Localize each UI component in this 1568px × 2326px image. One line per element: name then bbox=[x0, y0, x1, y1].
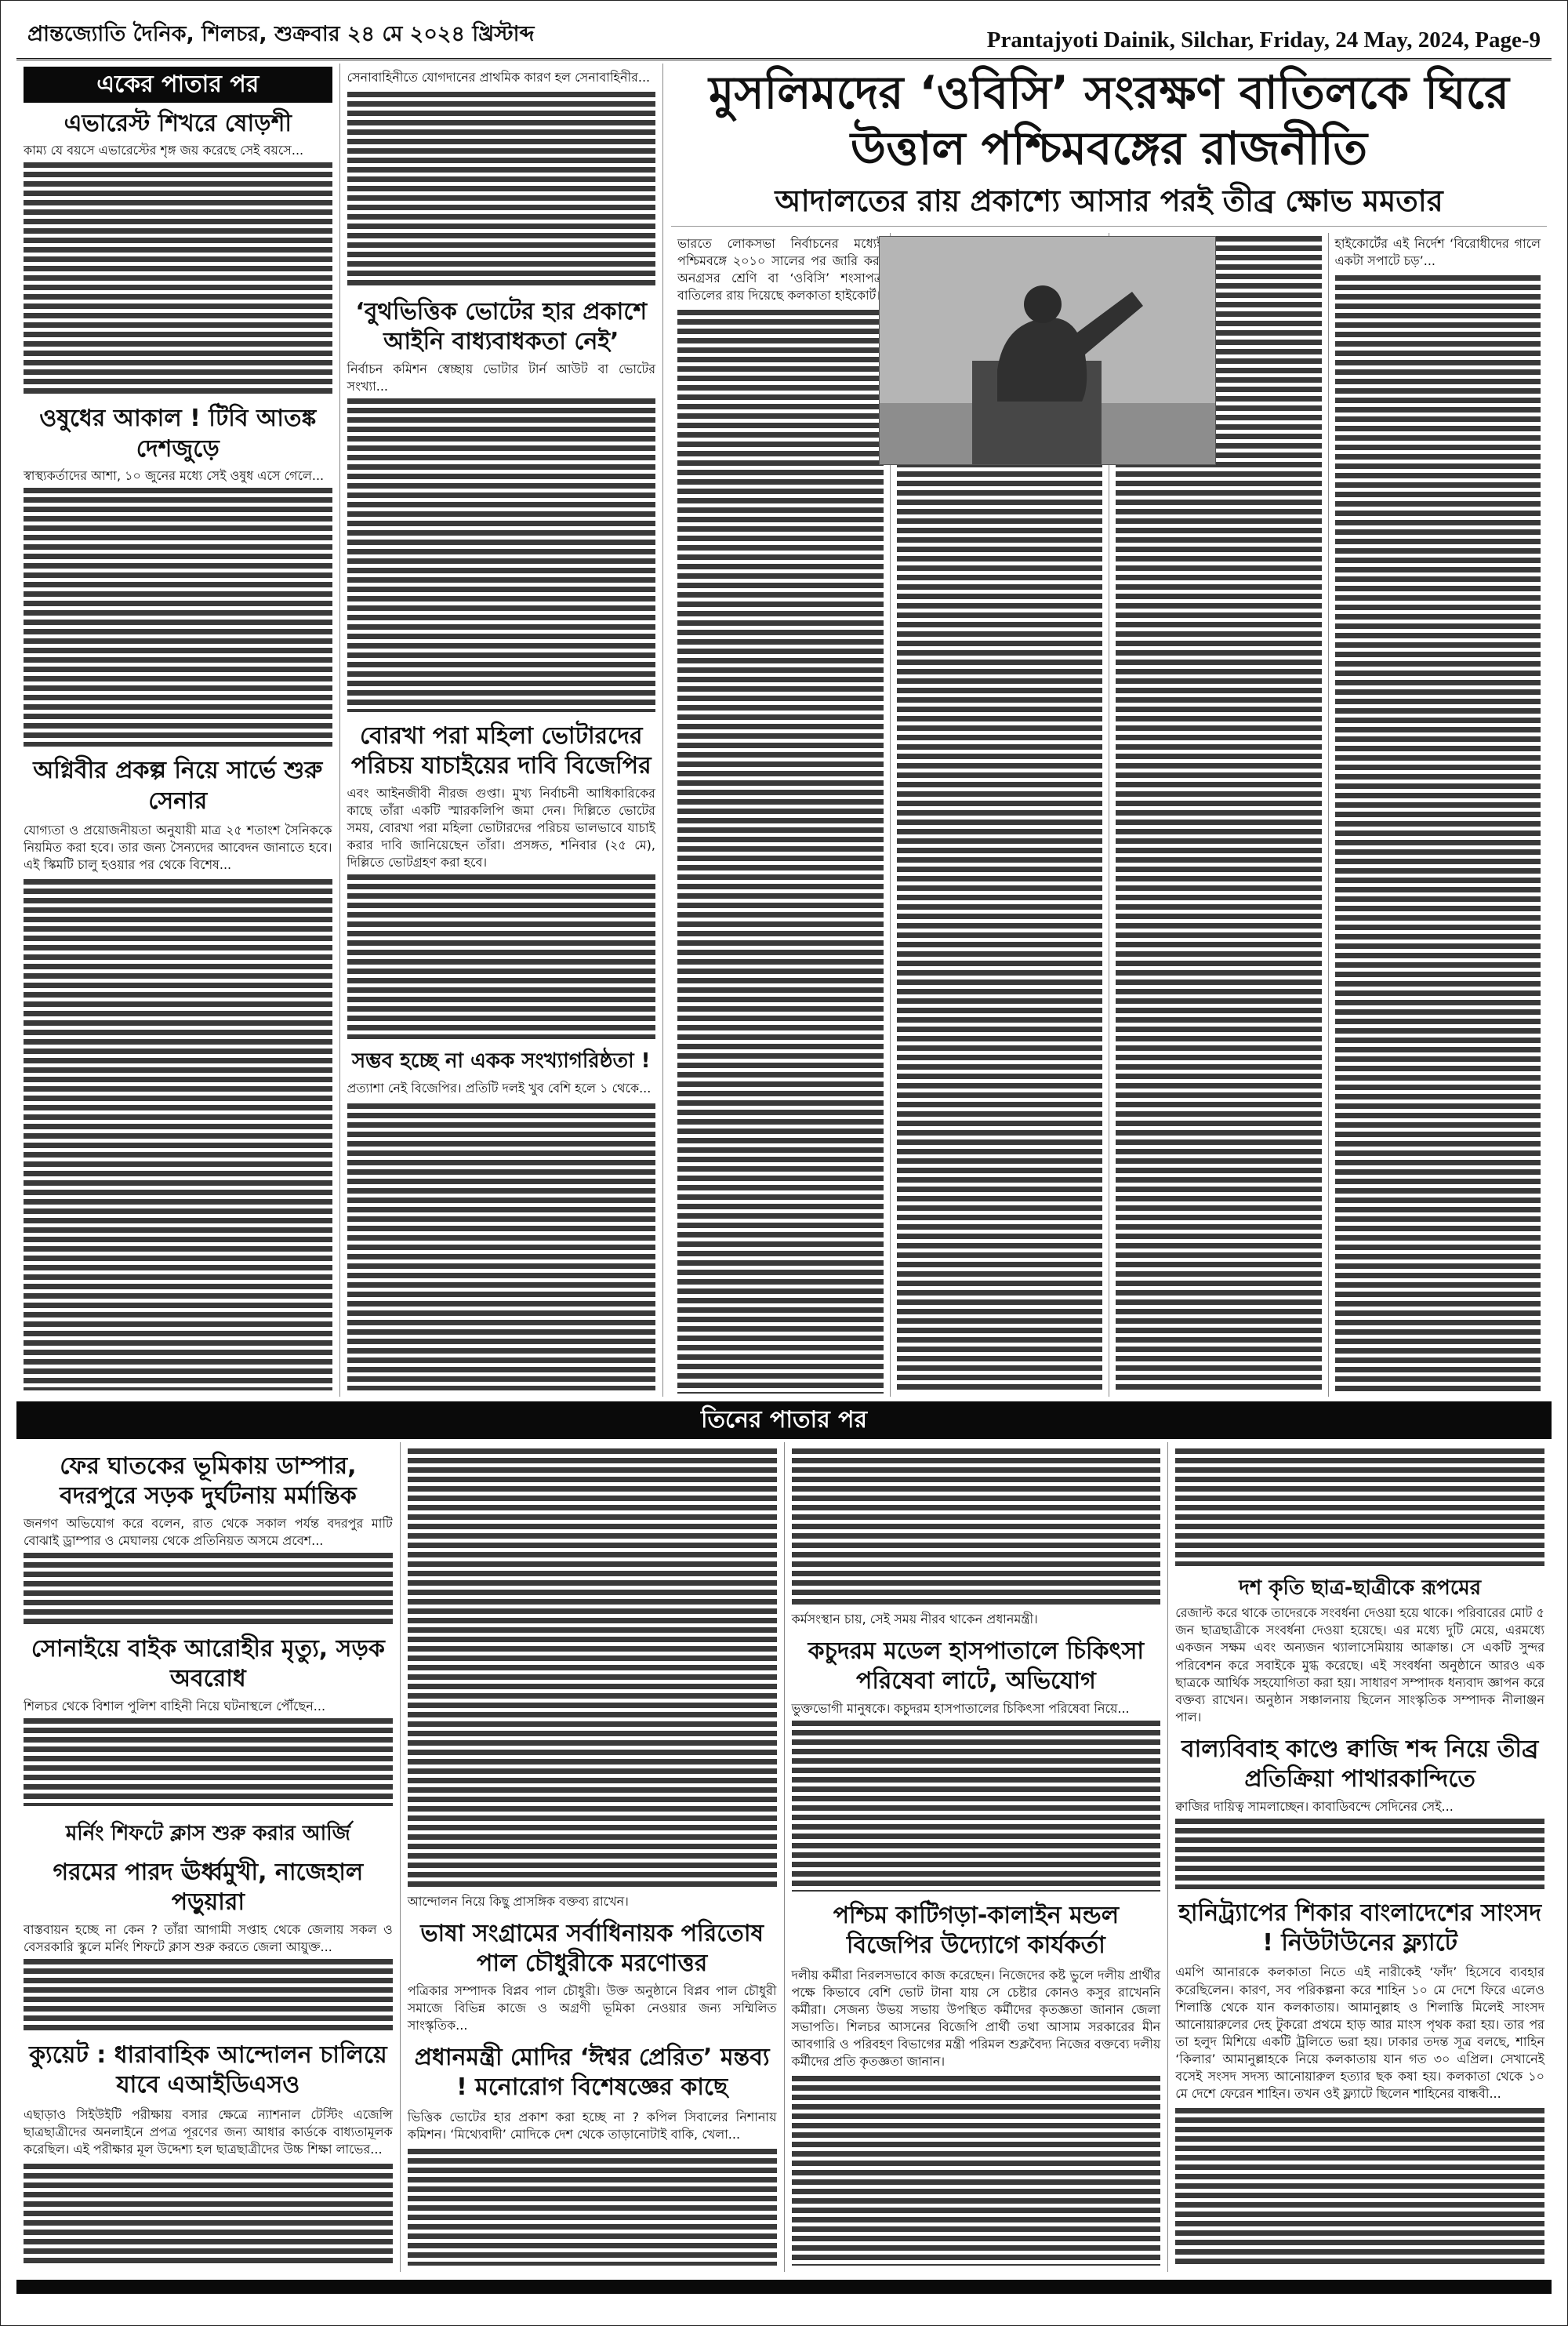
article-headline: ফের ঘাতকের ভূমিকায় ডাম্পার, বদরপুরে সড়… bbox=[24, 1452, 393, 1512]
article-body-fill bbox=[24, 1959, 393, 2031]
article-body-excerpt: বাস্তবায়ন হচ্ছে না কেন ? তাঁরা আগামী সপ… bbox=[24, 1921, 393, 1956]
speaker-photo-graphic bbox=[880, 237, 1215, 464]
article-body-fill bbox=[347, 1103, 656, 1390]
main-lead-excerpt: ভারতে লোকসভা নির্বাচনের মধ্যেই পশ্চিমবঙ্… bbox=[677, 235, 884, 304]
article-headline: হানিট্র্যাপের শিকার বাংলাদেশের সাংসদ ! ন… bbox=[1175, 1899, 1544, 1959]
main-col4-excerpt: হাইকোর্টের এই নির্দেশ ‘বিরোধীদের গালে এক… bbox=[1335, 235, 1541, 270]
article-cuet-aidso: ক্যুয়েট : ধারাবাহিক আন্দোলন চালিয়ে যাব… bbox=[24, 2034, 393, 2269]
article-agniveer-survey: অগ্নিবীর প্রকল্প নিয়ে সার্ভে শুরু সেনার… bbox=[24, 750, 332, 1394]
article-body-fill bbox=[677, 310, 884, 1394]
masthead: প্রান্তজ্যোতি দৈনিক, শিলচর, শুক্রবার ২৪ … bbox=[16, 12, 1552, 60]
bottom-column-4: দশ কৃতি ছাত্র-ছাত্রীকে রূপমের রেজাল্ট কর… bbox=[1168, 1442, 1552, 2272]
article-body-excerpt: রেজাল্ট করে থাকে তাদেরকে সংবর্ধনা দেওয়া… bbox=[1175, 1605, 1544, 1726]
main-story-photo bbox=[879, 236, 1216, 465]
article-body-fill bbox=[408, 2149, 777, 2266]
article-body-fill bbox=[792, 2076, 1161, 2266]
article-body-excerpt: শিলচর থেকে বিশাল পুলিশ বাহিনী নিয়ে ঘটনা… bbox=[24, 1698, 393, 1715]
article-body-excerpt: যোগ্যতা ও প্রয়োজনীয়তা অনুযায়ী মাত্র ২… bbox=[24, 822, 332, 874]
article-child-marriage-qazi: বাল্যবিবাহ কাণ্ডে ক্বাজি শব্দ নিয়ে তীব্… bbox=[1175, 1728, 1544, 1892]
article-body-fill bbox=[408, 1448, 777, 1888]
continuation-excerpt: কর্মসংস্থান চায়, সেই সময় নীরব থাকেন প্… bbox=[792, 1611, 1161, 1628]
article-rupam-felicitation: দশ কৃতি ছাত্র-ছাত্রীকে রূপমের রেজাল্ট কর… bbox=[1175, 1569, 1544, 1728]
bottom-column-1: ফের ঘাতকের ভূমিকায় ডাম্পার, বদরপুরে সড়… bbox=[16, 1442, 400, 2272]
article-body-excerpt: প্রত্যাশা নেই বিজেপির। প্রতিটি দলই খুব ব… bbox=[347, 1080, 656, 1097]
article-headline: বাল্যবিবাহ কাণ্ডে ক্বাজি শব্দ নিয়ে তীব্… bbox=[1175, 1735, 1544, 1795]
article-no-single-majority: সম্ভব হচ্ছে না একক সংখ্যাগরিষ্ঠতা ! প্রত… bbox=[347, 1042, 656, 1394]
column-2: সেনাবাহিনীতে যোগদানের প্রাথমিক কারণ হল স… bbox=[340, 64, 663, 1397]
article-body-excerpt: ভুক্তভোগী মানুষকে। কচুদরম হাসপাতালের চিক… bbox=[792, 1700, 1161, 1717]
article-headline: পশ্চিম কাটিগড়া-কালাইন মন্ডল বিজেপির উদ্… bbox=[792, 1901, 1161, 1961]
masthead-right: Prantajyoti Dainik, Silchar, Friday, 24 … bbox=[987, 27, 1541, 53]
article-headline: ‘বুথভিত্তিক ভোটের হার প্রকাশে আইনি বাধ্য… bbox=[347, 297, 656, 358]
article-body-excerpt: জনগণ অভিযোগ করে বলেন, রাত থেকে সকাল পর্য… bbox=[24, 1515, 393, 1550]
footer-rule bbox=[16, 2280, 1552, 2294]
article-body-excerpt: কাম্য যে বয়সে এভারেস্টের শৃঙ্গ জয় করেছ… bbox=[24, 142, 332, 159]
newspaper-page: প্রান্তজ্যোতি দৈনিক, শিলচর, শুক্রবার ২৪ … bbox=[0, 0, 1568, 2326]
article-body-excerpt: ভিত্তিক ভোটের হার প্রকাশ করা হচ্ছে না ? … bbox=[408, 2109, 777, 2143]
article-headline: ক্যুয়েট : ধারাবাহিক আন্দোলন চালিয়ে যাব… bbox=[24, 2041, 393, 2101]
article-body-fill bbox=[1175, 1448, 1544, 1566]
article-modi-god-remark: প্রধানমন্ত্রী মোদির ‘ঈশ্বর প্রেরিত’ মন্ত… bbox=[408, 2037, 777, 2269]
article-body-excerpt: এমপি আনারকে কলকাতা নিতে এই নারীকেই ‘ফাঁদ… bbox=[1175, 1964, 1544, 2102]
article-body-fill bbox=[24, 2164, 393, 2266]
article-body-fill bbox=[347, 92, 656, 288]
speaker-head bbox=[1024, 285, 1062, 323]
main-story-body: ভারতে লোকসভা নির্বাচনের মধ্যেই পশ্চিমবঙ্… bbox=[671, 233, 1547, 1397]
article-burqa-voters: বোরখা পরা মহিলা ভোটারদের পরিচয় যাচাইয়ে… bbox=[347, 715, 656, 1042]
top-zone: একের পাতার পর এভারেস্ট শিখরে ষোড়শী কাম্… bbox=[16, 64, 1552, 1397]
article-headline: এভারেস্ট শিখরে ষোড়শী bbox=[24, 109, 332, 139]
page-one-continuation-region: একের পাতার পর এভারেস্ট শিখরে ষোড়শী কাম্… bbox=[16, 64, 662, 1397]
article-katigorah-bjp-meet: পশ্চিম কাটিগড়া-কালাইন মন্ডল বিজেপির উদ্… bbox=[792, 1895, 1161, 2269]
article-everest: এভারেস্ট শিখরে ষোড়শী কাম্য যে বয়সে এভা… bbox=[24, 103, 332, 398]
article-dumper-accident: ফের ঘাতকের ভূমিকায় ডাম্পার, বদরপুরে সড়… bbox=[24, 1445, 393, 1628]
article-body-excerpt: স্বাস্থ্যকর্তাদের আশা, ১০ জুনের মধ্যে সে… bbox=[24, 467, 332, 485]
article-kicker: মর্নিং শিফটে ক্লাস শুরু করার আর্জি bbox=[24, 1817, 393, 1852]
article-headline: ওষুধের আকাল ! টিবি আতঙ্ক দেশজুড়ে bbox=[24, 404, 332, 464]
article-sonai-bike-death: সোনাইয়ে বাইক আরোহীর মৃত্যু, সড়ক অবরোধ … bbox=[24, 1628, 393, 1809]
section-banner-page-three: তিনের পাতার পর bbox=[16, 1401, 1552, 1439]
article-honeytrap-mp: হানিট্র্যাপের শিকার বাংলাদেশের সাংসদ ! ন… bbox=[1175, 1892, 1544, 2269]
article-body-fill bbox=[24, 1553, 393, 1625]
article-headline: বোরখা পরা মহিলা ভোটারদের পরিচয় যাচাইয়ে… bbox=[347, 721, 656, 782]
article-tb-medicine: ওষুধের আকাল ! টিবি আতঙ্ক দেশজুড়ে স্বাস্… bbox=[24, 398, 332, 750]
article-body-fill bbox=[24, 162, 332, 394]
masthead-left: প্রান্তজ্যোতি দৈনিক, শিলচর, শুক্রবার ২৪ … bbox=[27, 18, 534, 53]
article-headline: অগ্নিবীর প্রকল্প নিয়ে সার্ভে শুরু সেনার bbox=[24, 756, 332, 816]
article-body-excerpt: এবং আইনজীবী নীরজ গুপ্তা। মুখ্য নির্বাচনী… bbox=[347, 785, 656, 871]
article-body-fill bbox=[1175, 2108, 1544, 2266]
article-body-excerpt: এছাড়াও সিইউইটি পরীক্ষায় বসার ক্ষেত্রে … bbox=[24, 2106, 393, 2158]
article-paritosh-pal-honour: ভাষা সংগ্রামের সর্বাধিনায়ক পরিতোষ পাল চ… bbox=[408, 1913, 777, 2037]
article-body-fill bbox=[347, 398, 656, 712]
article-headline: ভাষা সংগ্রামের সর্বাধিনায়ক পরিতোষ পাল চ… bbox=[408, 1919, 777, 1979]
article-body-fill bbox=[1175, 1819, 1544, 1889]
bottom-zone: ফের ঘাতকের ভূমিকায় ডাম্পার, বদরপুরে সড়… bbox=[16, 1442, 1552, 2272]
bottom-column-2: আন্দোলন নিয়ে কিছু প্রাসঙ্গিক বক্তব্য রা… bbox=[401, 1442, 784, 2272]
main-story: মুসলিমদের ‘ওবিসি’ সংরক্ষণ বাতিলকে ঘিরে উ… bbox=[663, 64, 1552, 1397]
article-body-fill bbox=[24, 879, 332, 1390]
section-banner-page-one: একের পাতার পর bbox=[24, 67, 332, 103]
article-body-excerpt: ক্বাজির দায়িত্ব সামলাচ্ছেন। কাবাডিবন্দে… bbox=[1175, 1798, 1544, 1815]
article-body-fill bbox=[24, 488, 332, 747]
article-body-fill bbox=[24, 1718, 393, 1806]
article-body-fill bbox=[347, 874, 656, 1039]
main-column-1: ভারতে লোকসভা নির্বাচনের মধ্যেই পশ্চিমবঙ্… bbox=[671, 233, 890, 1397]
article-body-fill bbox=[792, 1721, 1161, 1892]
article-body-fill bbox=[1335, 275, 1541, 1394]
article-morning-shift-heat: মর্নিং শিফটে ক্লাস শুরু করার আর্জি গরমের… bbox=[24, 1809, 393, 2034]
article-headline: গরমের পারদ ঊর্ধ্বমুখী, নাজেহাল পড়ুয়ারা bbox=[24, 1858, 393, 1918]
article-headline: দশ কৃতি ছাত্র-ছাত্রীকে রূপমের bbox=[1175, 1576, 1544, 1601]
continuation-excerpt: সেনাবাহিনীতে যোগদানের প্রাথমিক কারণ হল স… bbox=[347, 69, 656, 86]
continuation-excerpt: আন্দোলন নিয়ে কিছু প্রাসঙ্গিক বক্তব্য রা… bbox=[408, 1893, 777, 1910]
article-body-fill bbox=[792, 1448, 1161, 1605]
bottom-column-3: কর্মসংস্থান চায়, সেই সময় নীরব থাকেন প্… bbox=[785, 1442, 1168, 2272]
article-headline: সম্ভব হচ্ছে না একক সংখ্যাগরিষ্ঠতা ! bbox=[347, 1049, 656, 1074]
article-headline: প্রধানমন্ত্রী মোদির ‘ঈশ্বর প্রেরিত’ মন্ত… bbox=[408, 2043, 777, 2103]
article-body-excerpt: নির্বাচন কমিশন স্বেচ্ছায় ভোটার টার্ন আউ… bbox=[347, 361, 656, 395]
article-body-excerpt: পত্রিকার সম্পাদক বিপ্লব পাল চৌধুরী। উক্ত… bbox=[408, 1983, 777, 2034]
column-1: একের পাতার পর এভারেস্ট শিখরে ষোড়শী কাম্… bbox=[16, 64, 339, 1397]
article-headline: সোনাইয়ে বাইক আরোহীর মৃত্যু, সড়ক অবরোধ bbox=[24, 1634, 393, 1695]
main-subhead: আদালতের রায় প্রকাশ্যে আসার পরই তীব্র ক্… bbox=[671, 183, 1547, 227]
article-kachudaram-hospital: কচুদরম মডেল হাসপাতালে চিকিৎসা পরিষেবা লা… bbox=[792, 1630, 1161, 1895]
main-headline: মুসলিমদের ‘ওবিসি’ সংরক্ষণ বাতিলকে ঘিরে উ… bbox=[671, 65, 1547, 176]
article-booth-turnout: ‘বুথভিত্তিক ভোটের হার প্রকাশে আইনি বাধ্য… bbox=[347, 291, 656, 715]
article-body-excerpt: দলীয় কর্মীরা নিরলসভাবে কাজ করেছেন। নিজে… bbox=[792, 1967, 1161, 2070]
main-column-4: হাইকোর্টের এই নির্দেশ ‘বিরোধীদের গালে এক… bbox=[1329, 233, 1548, 1397]
article-headline: কচুদরম মডেল হাসপাতালে চিকিৎসা পরিষেবা লা… bbox=[792, 1637, 1161, 1697]
